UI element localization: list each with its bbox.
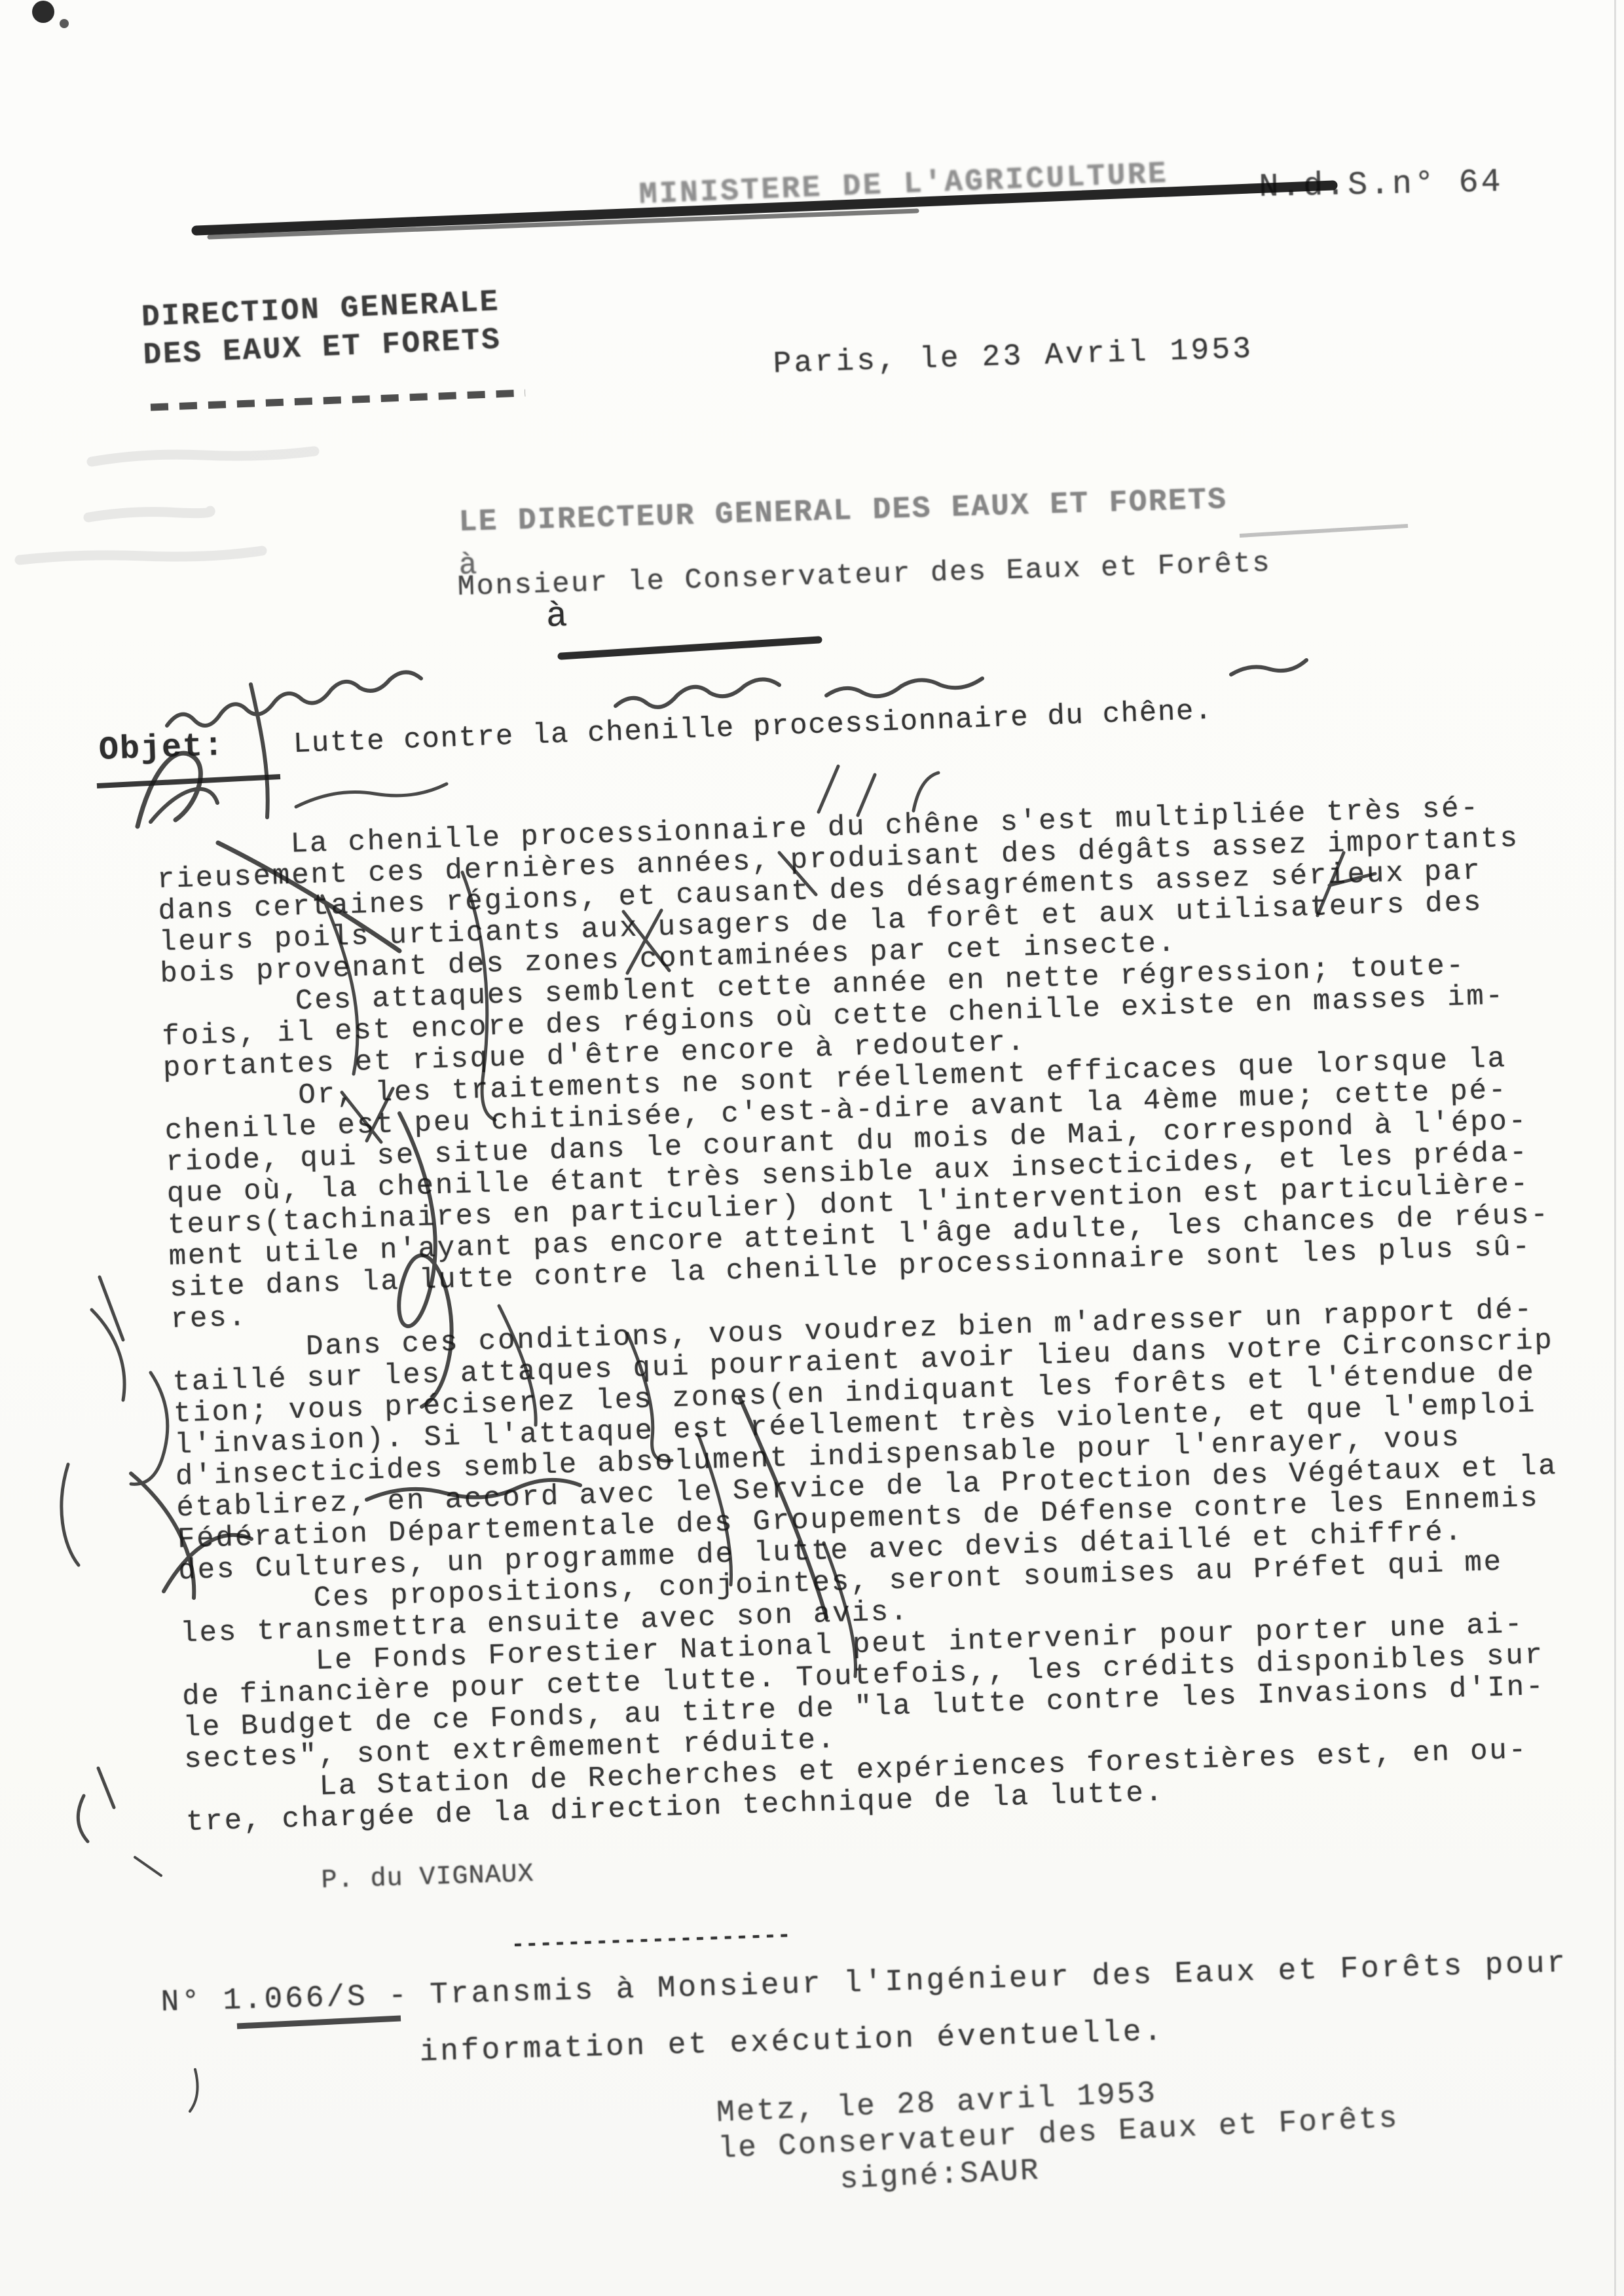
footer-ref-underline	[237, 2018, 401, 2026]
ink-speck	[60, 19, 69, 28]
ghost-row	[92, 451, 314, 462]
handwriting-stroke	[62, 1464, 79, 1565]
letter-body: La chenille processionnaire du chêne s'e…	[156, 791, 1568, 1839]
transmission-line2: information et exécution éventuelle.	[419, 2014, 1165, 2069]
closing-block: Metz, le 28 avril 1953 le Conservateur d…	[716, 2065, 1401, 2204]
sender-faint-line	[1240, 526, 1408, 536]
ministry-title: MINISTERE DE L'AGRICULTURE	[638, 157, 1169, 212]
handwriting-stroke	[78, 1768, 114, 1842]
handwriting-stroke	[92, 1277, 124, 1400]
scanned-letter-page: MINISTERE DE L'AGRICULTURE N.d.S.n° 64 D…	[0, 0, 1624, 2296]
subject-underline	[97, 777, 280, 786]
ink-specks	[32, 1, 69, 28]
ghost-row	[20, 551, 262, 560]
letterhead: DIRECTION GENERALE DES EAUX ET FORETS	[141, 283, 502, 375]
ink-strike-bar-echo	[210, 211, 917, 237]
handwriting-stroke	[190, 2069, 198, 2111]
subject-line: Objet:Lutte contre la chenille processio…	[98, 692, 1213, 769]
handwriting-stroke	[131, 1373, 168, 1484]
sender-line: LE DIRECTEUR GENERAL DES EAUX ET FORETS	[458, 483, 1228, 540]
recipient-line: Monsieur le Conservateur des Eaux et For…	[457, 547, 1272, 604]
handwriting-stroke	[819, 766, 938, 815]
handwriting-stroke	[135, 1857, 161, 1876]
letterhead-dashed-underline	[151, 393, 525, 407]
reference-number: N.d.S.n° 64	[1259, 164, 1504, 206]
ghost-stamp-marks	[20, 451, 314, 560]
subject-label: Objet:	[98, 728, 225, 769]
scan-edge-line	[1614, 0, 1616, 2296]
transmission-line1: N° 1.066/S - Transmis à Monsieur l'Ingén…	[160, 1946, 1568, 2020]
subject-text: Lutte contre la chenille processionnaire…	[293, 695, 1213, 761]
recipient-strike-line	[561, 640, 819, 656]
handwriting-stroke	[1231, 660, 1306, 675]
handwriting-stroke	[616, 679, 779, 707]
handwriting-stroke	[167, 672, 421, 726]
ghost-row	[88, 511, 210, 517]
separator-dashes: --------------------	[511, 1923, 792, 1958]
ink-speck	[32, 1, 54, 23]
place-date: Paris, le 23 Avril 1953	[773, 332, 1254, 381]
handwriting-stroke	[151, 789, 217, 822]
recipient-a: à	[545, 597, 568, 637]
handwriting-stroke	[296, 784, 447, 807]
signature: P. du VIGNAUX	[321, 1860, 534, 1896]
handwriting-stroke	[826, 678, 982, 696]
